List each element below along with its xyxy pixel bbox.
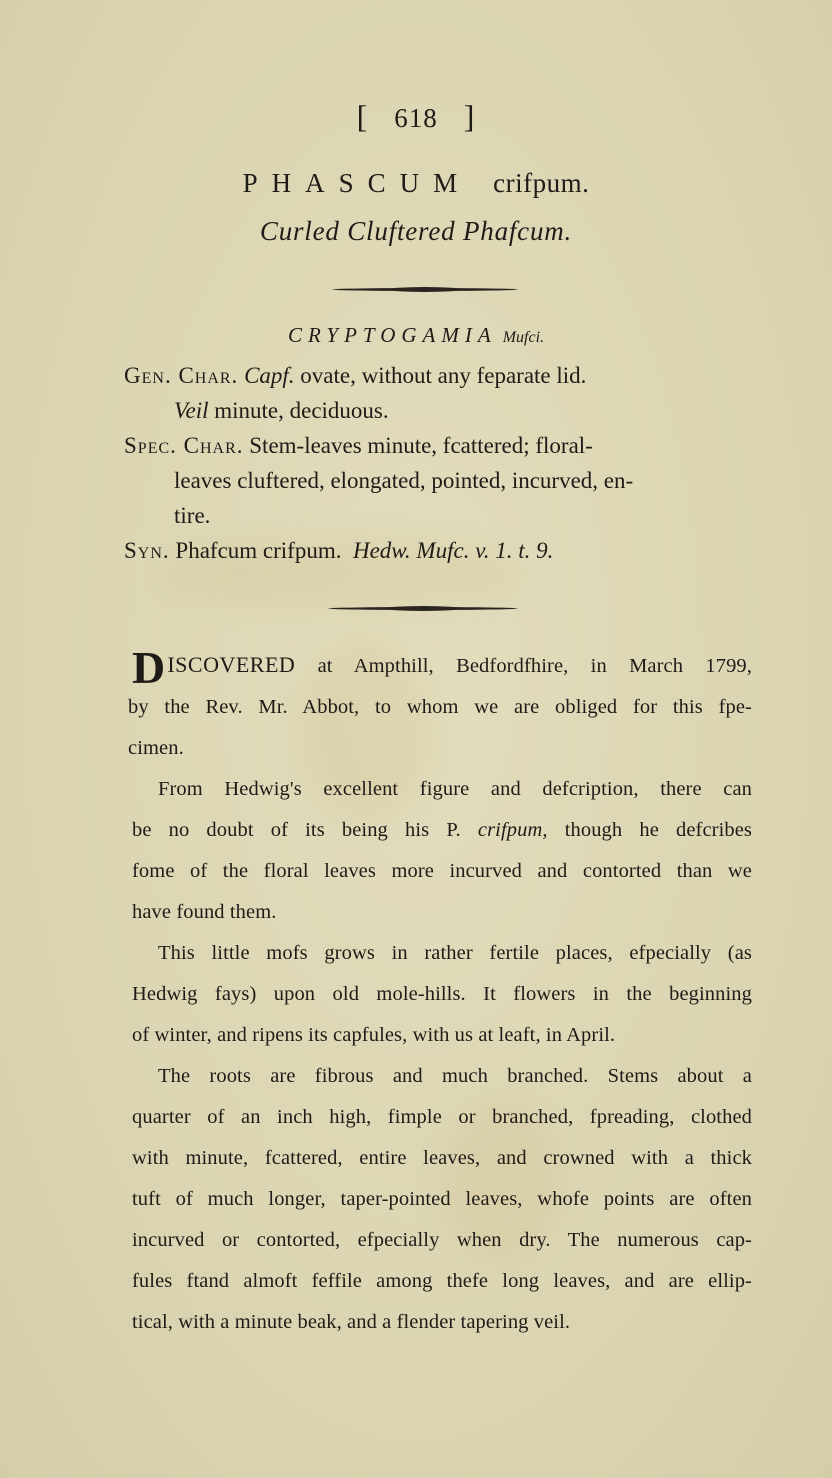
text-line: fome of the floral leaves more incurved …	[132, 852, 752, 891]
text-line: by the Rev. Mr. Abbot, to whom we are ob…	[128, 688, 752, 727]
page-title: PHASCUMcrifpum.	[0, 168, 832, 199]
text-line: fules ftand almoft feffile among thefe l…	[132, 1262, 752, 1301]
gen-char-text: ovate, without any feparate lid.	[300, 363, 586, 388]
order-name: Mufci.	[503, 329, 544, 346]
text-line: The roots are fibrous and much branched.…	[132, 1057, 752, 1096]
bracket-right: ]	[464, 98, 476, 135]
page-number-value: 618	[394, 103, 438, 133]
text-span: though he defcribes	[565, 819, 752, 841]
text-line: incurved or contorted, efpecially when d…	[132, 1221, 752, 1260]
body-text: DISCOVERED at Ampthill, Bedfordfhire, in…	[132, 645, 752, 1344]
text-line: cimen.	[128, 729, 752, 768]
text-line: have found them.	[132, 893, 752, 932]
spec-char-text-1: Stem-leaves minute, fcattered; floral-	[249, 433, 593, 458]
gen-char-italic: Capf.	[244, 363, 294, 388]
text-line: From Hedwig's excellent figure and defcr…	[132, 770, 752, 809]
text-line: with minute, fcattered, entire leaves, a…	[132, 1139, 752, 1178]
syn-text: Phafcum crifpum.	[175, 538, 341, 563]
synonym: Syn. Phafcum crifpum. Hedw. Mufc. v. 1. …	[124, 533, 744, 568]
spec-char-label: Spec. Char.	[124, 433, 244, 458]
text-line: be no doubt of its being his P. crifpum,…	[132, 811, 752, 850]
genus-name: PHASCUM	[243, 168, 472, 198]
bracket-left: [	[357, 98, 369, 135]
page-number: [618]	[0, 98, 832, 135]
text-line: This little mofs grows in rather fertile…	[132, 934, 752, 973]
text-line: tical, with a minute beak, and a flender…	[132, 1303, 752, 1342]
text-line: quarter of an inch high, fimple or branc…	[132, 1098, 752, 1137]
species-name: crifpum.	[493, 168, 589, 198]
text-line: tuft of much longer, taper-pointed leave…	[132, 1180, 752, 1219]
classification: CRYPTOGAMIAMufci.	[0, 323, 832, 348]
gen-char-label: Gen. Char.	[124, 363, 238, 388]
gen-char-italic-veil: Veil	[174, 398, 209, 423]
common-name: Curled Cluftered Phafcum.	[0, 216, 832, 247]
text-line: of winter, and ripens its capfules, with…	[132, 1016, 752, 1055]
spec-char-text-3: tire.	[124, 498, 744, 533]
italic-species: crifpum,	[478, 819, 548, 841]
gen-char-text-2: minute, deciduous.	[214, 398, 388, 423]
class-name: CRYPTOGAMIA	[288, 323, 497, 347]
text-span: be no doubt of its being his P.	[132, 819, 461, 841]
syn-reference: Hedw. Mufc. v. 1. t. 9.	[353, 538, 553, 563]
generic-character: Gen. Char. Capf. ovate, without any fepa…	[124, 358, 744, 428]
drop-cap: D	[132, 649, 165, 687]
opening-caps: ISCOVERED	[167, 652, 295, 677]
text-line: Hedwig fays) upon old mole-hills. It flo…	[132, 975, 752, 1014]
paragraph-discovery: DISCOVERED at Ampthill, Bedfordfhire, in…	[132, 645, 752, 686]
syn-label: Syn.	[124, 538, 170, 563]
ornamental-rule	[328, 607, 518, 610]
specific-character: Spec. Char. Stem-leaves minute, fcattere…	[124, 428, 744, 533]
text-line: at Ampthill, Bedfordfhire, in March 1799…	[318, 655, 752, 677]
spec-char-text-2: leaves cluftered, elongated, pointed, in…	[124, 463, 744, 498]
ornamental-rule	[332, 288, 518, 291]
